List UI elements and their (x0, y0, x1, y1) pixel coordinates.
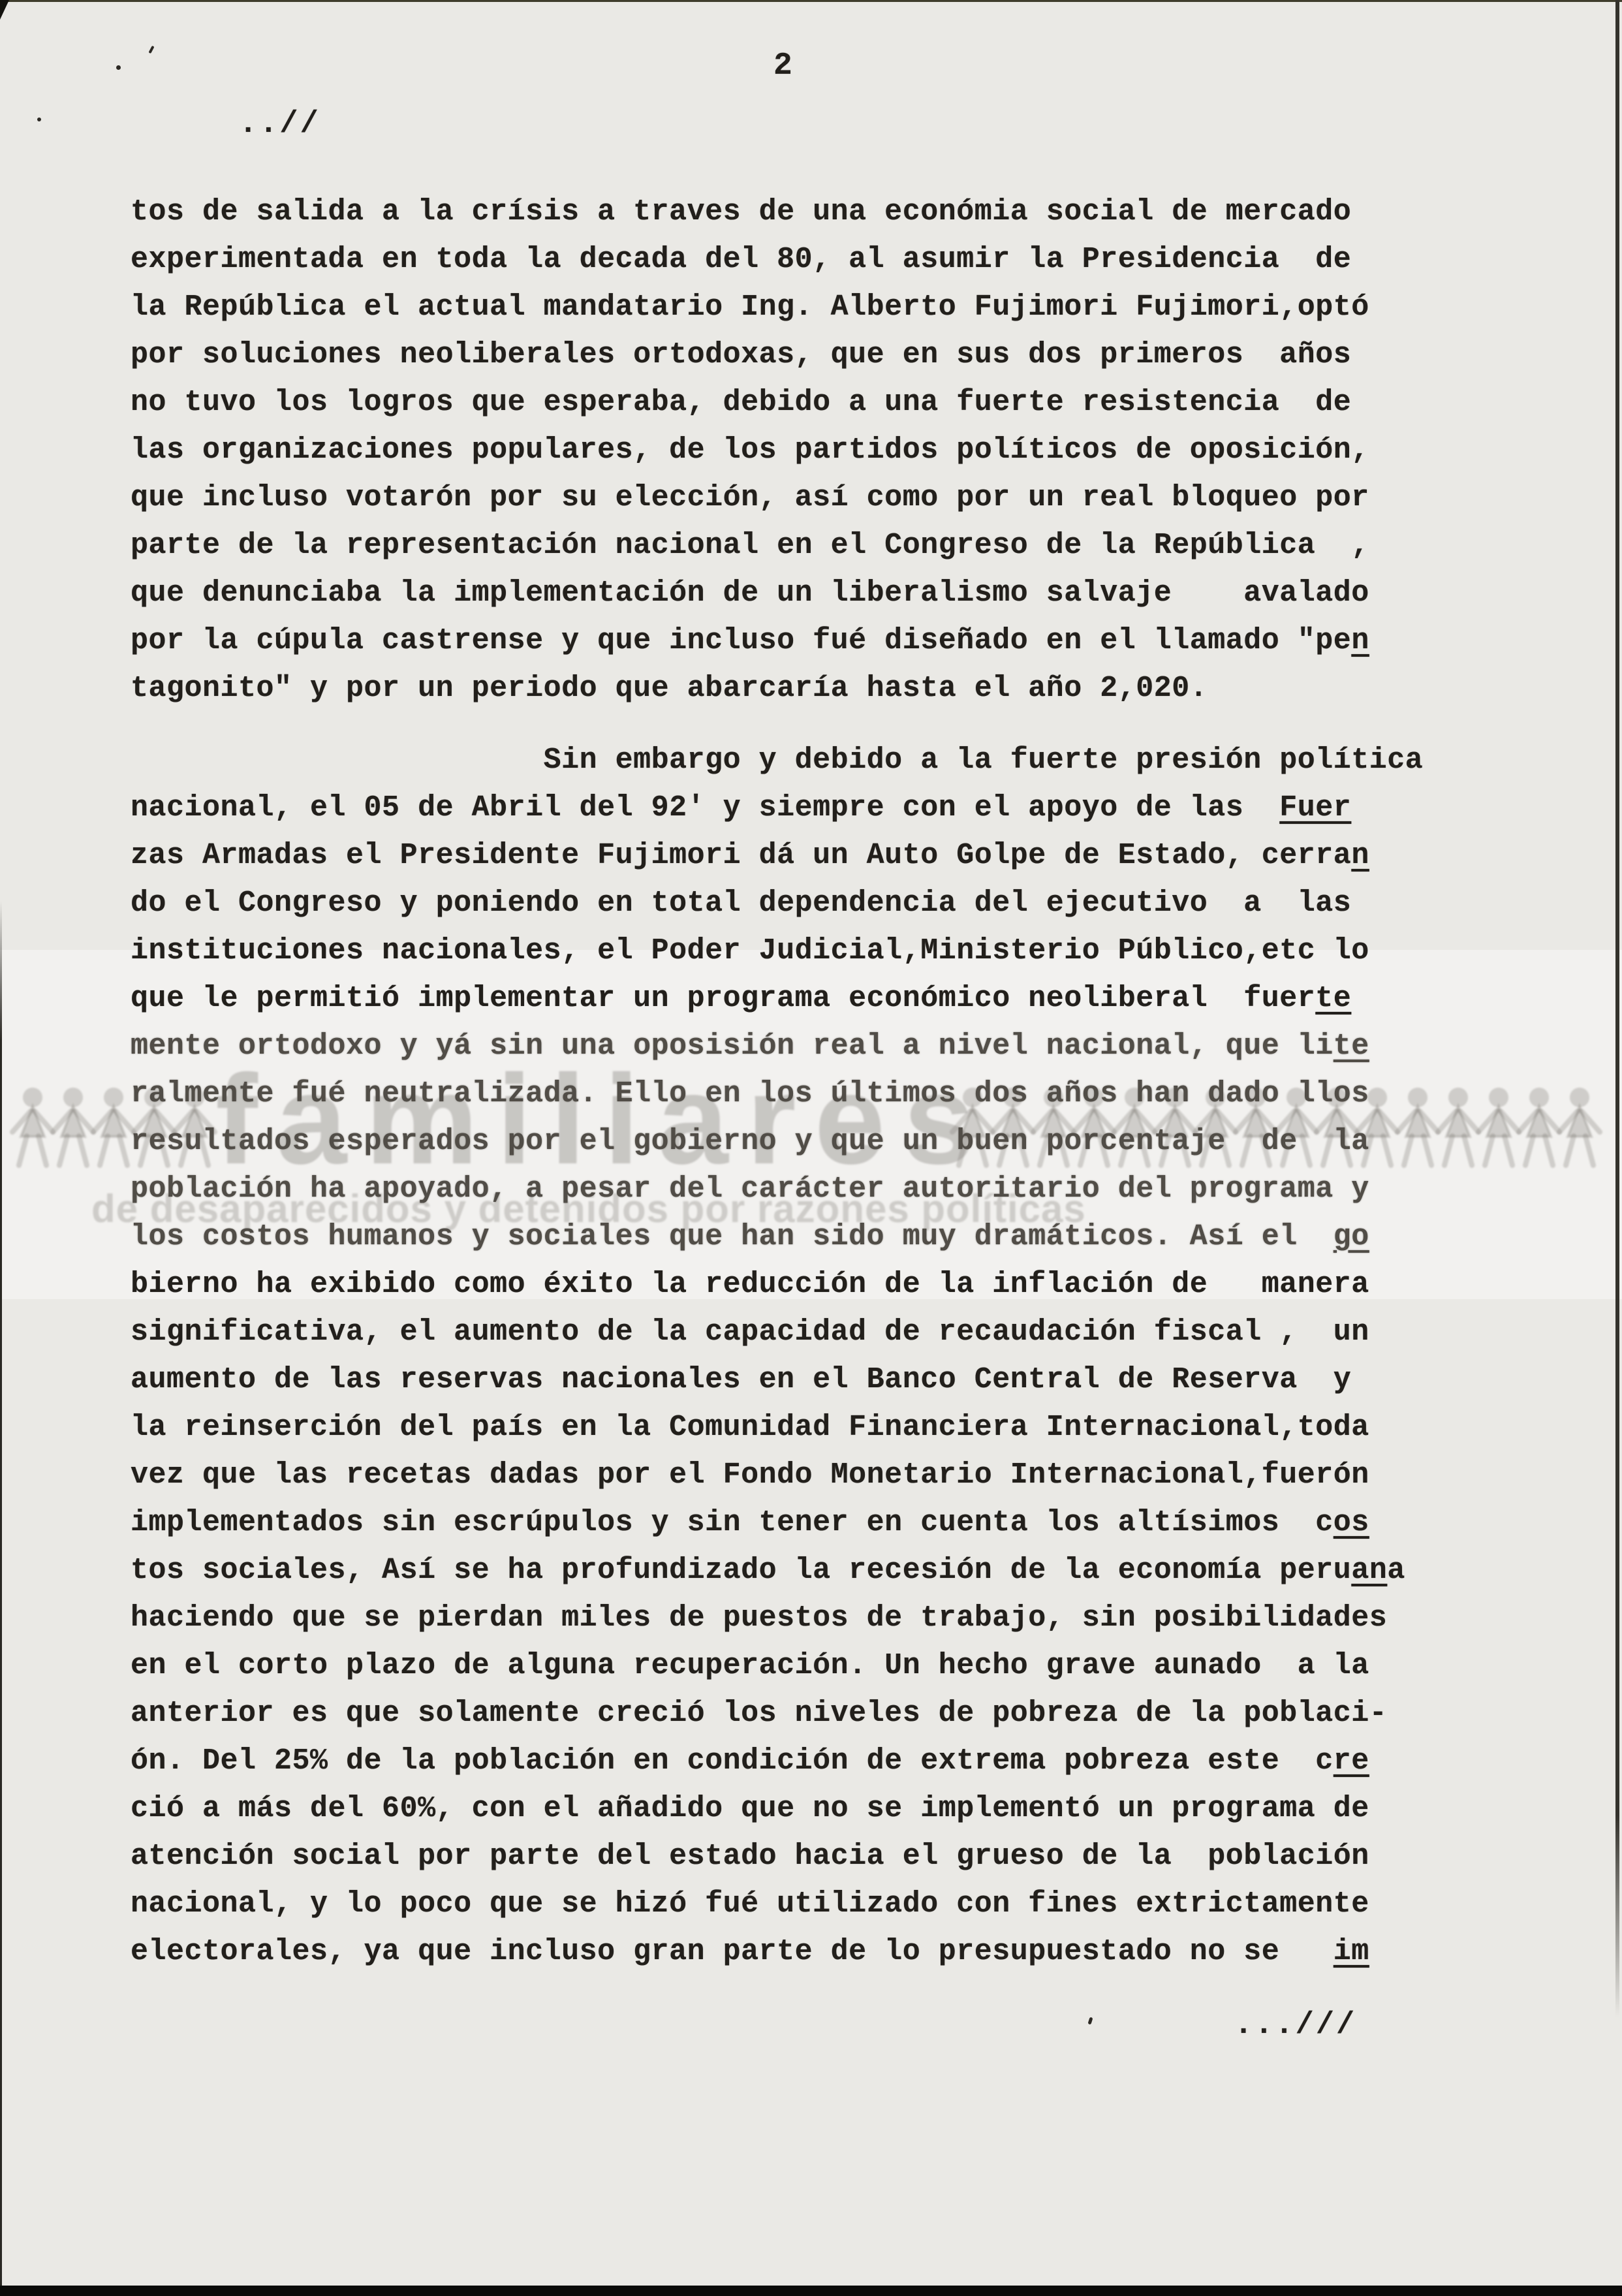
dust-speck (1087, 2017, 1093, 2024)
text-line: bierno ha exibido como éxito la reducció… (131, 1261, 1423, 1308)
text-line: nacional, el 05 de Abril del 92' y siemp… (131, 784, 1423, 832)
scan-edge-top (0, 0, 1622, 2)
text-line: tos de salida a la crísis a traves de un… (131, 188, 1423, 236)
text-line: instituciones nacionales, el Poder Judic… (131, 927, 1423, 975)
text-line: significativa, el aumento de la capacida… (131, 1308, 1423, 1356)
text-line: ón. Del 25% de la población en condición… (131, 1737, 1423, 1785)
text-line: por soluciones neoliberales ortodoxas, q… (131, 331, 1423, 379)
text-line: tagonito" y por un periodo que abarcaría… (131, 665, 1423, 712)
scan-edge-bottom (0, 2286, 1622, 2296)
text-line: zas Armadas el Presidente Fujimori dá un… (131, 832, 1423, 879)
dust-speck (116, 65, 121, 70)
dust-speck (37, 118, 41, 121)
text-line: do el Congreso y poniendo en total depen… (131, 879, 1423, 927)
text-line: población ha apoyado, a pesar del caráct… (131, 1165, 1423, 1213)
text-line: que le permitió implementar un programa … (131, 975, 1423, 1022)
continuation-mark-top: ..// (239, 107, 320, 142)
body-text: tos de salida a la crísis a traves de un… (131, 188, 1423, 1975)
text-line: vez que las recetas dadas por el Fondo M… (131, 1451, 1423, 1499)
text-line: anterior es que solamente creció los niv… (131, 1690, 1423, 1737)
text-line: mente ortodoxo y yá sin una oposisión re… (131, 1022, 1423, 1070)
text-line: las organizaciones populares, de los par… (131, 426, 1423, 474)
text-line: los costos humanos y sociales que han si… (131, 1213, 1423, 1261)
text-line: en el corto plazo de alguna recuperación… (131, 1642, 1423, 1690)
document-page: familiares de desaparecidos y detenidos … (0, 0, 1622, 2296)
text-line: electorales, ya que incluso gran parte d… (131, 1928, 1423, 1975)
scan-corner-top-left (0, 0, 9, 20)
text-line: haciendo que se pierdan miles de puestos… (131, 1594, 1423, 1642)
paragraph: Sin embargo y debido a la fuerte presión… (131, 736, 1423, 1975)
text-line: aumento de las reservas nacionales en el… (131, 1356, 1423, 1404)
page-number: 2 (773, 48, 792, 84)
text-line: implementados sin escrúpulos y sin tener… (131, 1499, 1423, 1547)
text-line: nacional, y lo poco que se hizó fué util… (131, 1880, 1423, 1928)
text-line: parte de la representación nacional en e… (131, 522, 1423, 569)
text-line: atención social por parte del estado hac… (131, 1832, 1423, 1880)
text-line: ció a más del 60%, con el añadido que no… (131, 1785, 1423, 1832)
dust-speck (148, 46, 154, 54)
text-line: ralmente fué neutralizada. Ello en los ú… (131, 1070, 1423, 1118)
paragraph: tos de salida a la crísis a traves de un… (131, 188, 1423, 712)
text-line: la República el actual mandatario Ing. A… (131, 283, 1423, 331)
text-line: por la cúpula castrense y que incluso fu… (131, 617, 1423, 665)
text-line: tos sociales, Así se ha profundizado la … (131, 1547, 1423, 1594)
text-line: la reinserción del país en la Comunidad … (131, 1404, 1423, 1451)
scan-edge-left (0, 901, 2, 2296)
scan-edge-right (1615, 0, 1619, 2017)
continuation-mark-bottom: .../// (1234, 2008, 1356, 2043)
text-line: que denunciaba la implementación de un l… (131, 569, 1423, 617)
text-line: resultados esperados por el gobierno y q… (131, 1118, 1423, 1165)
text-line: experimentada en toda la decada del 80, … (131, 236, 1423, 283)
text-line: no tuvo los logros que esperaba, debido … (131, 379, 1423, 426)
text-line: que incluso votarón por su elección, así… (131, 474, 1423, 522)
text-line: Sin embargo y debido a la fuerte presión… (131, 736, 1423, 784)
